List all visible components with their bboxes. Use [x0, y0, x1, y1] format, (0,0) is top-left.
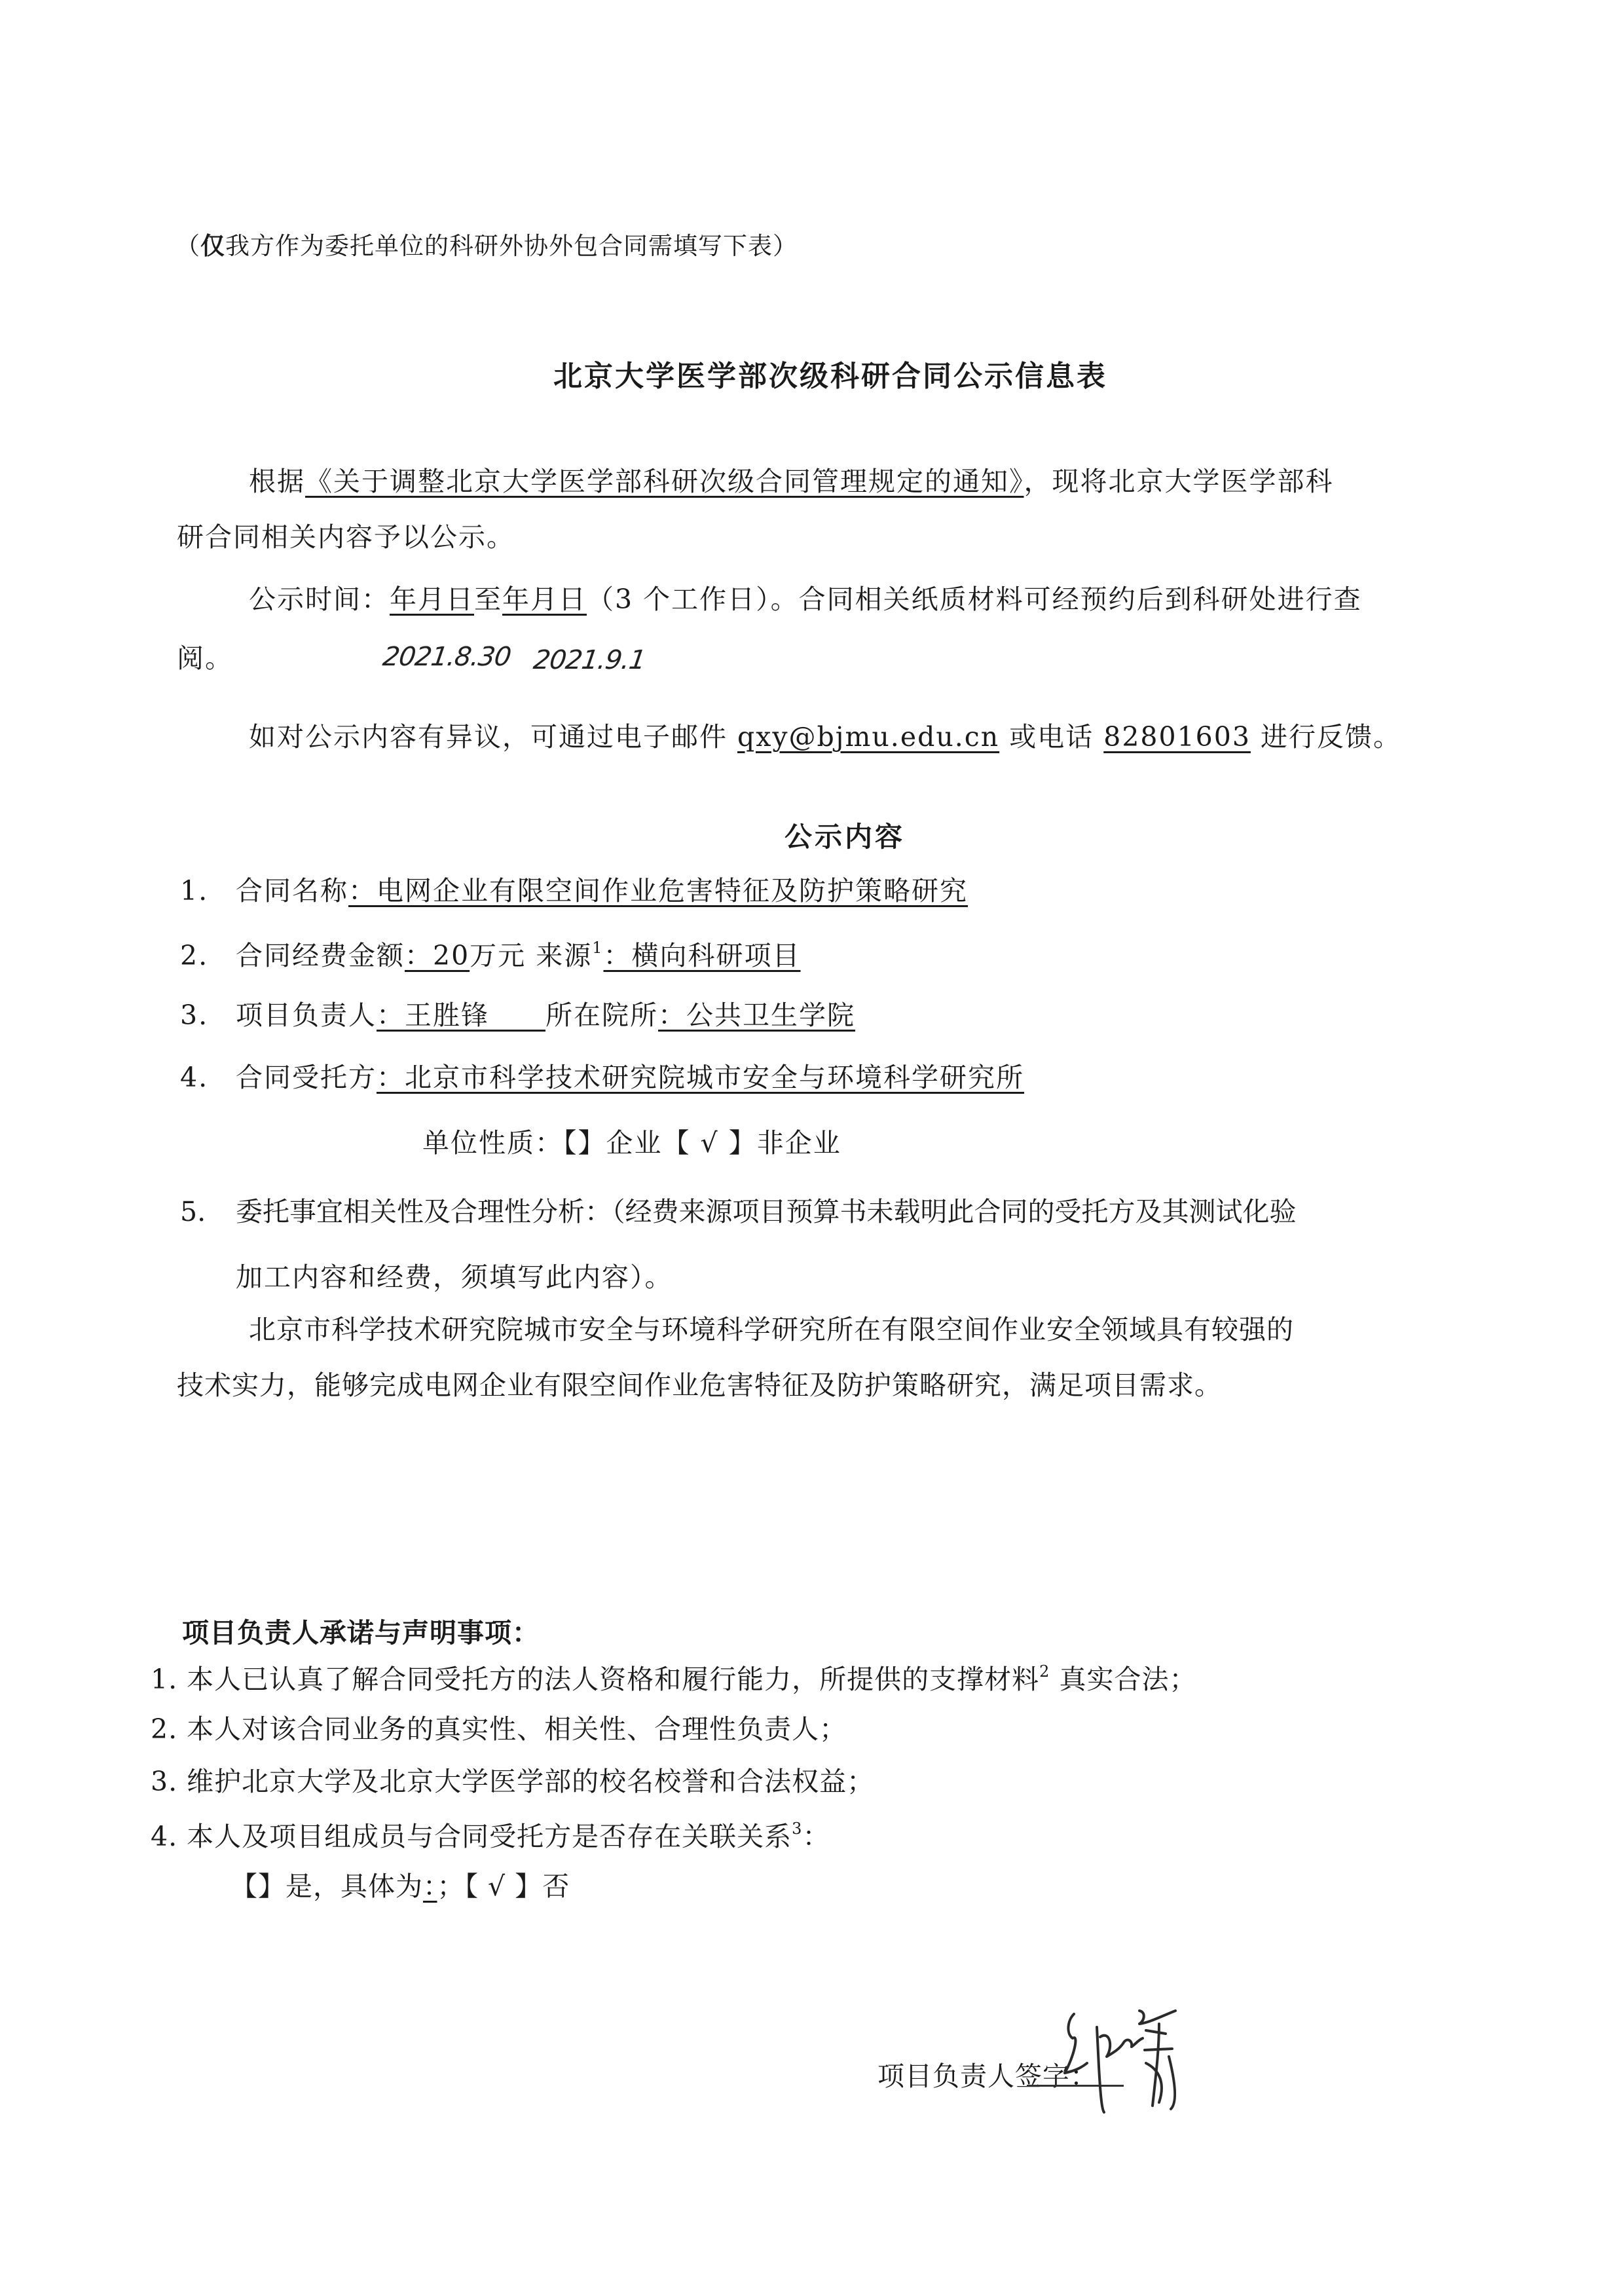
funding-source-value[interactable]: ：横向科研项目 — [604, 940, 801, 971]
item-number: 5. — [180, 1199, 236, 1225]
separator: ； — [437, 1871, 465, 1902]
related-yes-checkbox[interactable]: 【】 — [231, 1871, 286, 1902]
item-label: 合同受托方 — [236, 1062, 377, 1093]
feedback-text: 进行反馈。 — [1251, 721, 1401, 753]
feedback-contact: 如对公示内容有异议，可通过电子邮件 qxy@bjmu.edu.cn 或电话 82… — [249, 724, 1401, 751]
related-yes-label: 是，具体为 — [286, 1871, 423, 1902]
handwritten-start-date: 2021.8.30 — [381, 642, 513, 672]
footnote-marker: 3 — [792, 1819, 802, 1838]
commitment-item-1: 1. 本人已认真了解合同受托方的法人资格和履行能力，所提供的支撑材料2 真实合法… — [151, 1664, 1196, 1693]
commitment-text: 真实合法； — [1050, 1664, 1196, 1695]
unit-nature-label: 单位性质： — [422, 1127, 563, 1159]
commitment-text: 1. 本人已认真了解合同受托方的法人资格和履行能力，所提供的支撑材料 — [151, 1664, 1039, 1695]
footnote-marker: 1 — [592, 939, 603, 957]
item-contractor: 4.合同受托方：北京市科学技术研究院城市安全与环境科学研究所 — [180, 1064, 1024, 1091]
contractor-value[interactable]: ：北京市科学技术研究院城市安全与环境科学研究所 — [377, 1062, 1024, 1093]
item-label: 委托事宜相关性及合理性分析：（经费来源项目预算书未载明此合同的受托方及其测试化验 — [236, 1196, 1297, 1227]
form-scope-note: （仅我方作为委托单位的科研外协外包合同需填写下表） — [175, 226, 798, 261]
item-relevance-analysis-line-2: 加工内容和经费，须填写此内容）。 — [236, 1264, 673, 1291]
note-text: 我方作为委托单位的科研外协外包合同需填写下表） — [225, 232, 798, 260]
item-project-leader: 3.项目负责人：王胜锋 所在院所：公共卫生学院 — [180, 1002, 855, 1029]
end-date-field[interactable]: 年月日 — [502, 584, 587, 615]
contract-amount-value[interactable]: ：20 — [405, 940, 470, 971]
footnote-marker: 2 — [1039, 1662, 1050, 1681]
non-enterprise-label: 非企业 — [757, 1127, 841, 1159]
department-label: 所在院所 — [545, 999, 658, 1031]
signature-label: 项目负责人签字 — [877, 2061, 1070, 2092]
date-separator: 至 — [474, 584, 502, 615]
commitment-text: 4. 本人及项目组成员与合同受托方是否存在关联关系 — [151, 1821, 792, 1852]
item-number: 3. — [180, 1002, 236, 1029]
note-emphasis: 仅 — [200, 232, 225, 260]
commitment-item-2: 2. 本人对该合同业务的真实性、相关性、合理性负责人； — [151, 1716, 847, 1743]
intro-paragraph-1: 根据《关于调整北京大学医学部科研次级合同管理规定的通知》，现将北京大学医学部科 — [249, 468, 1334, 495]
enterprise-label: 企业 — [606, 1127, 663, 1159]
enterprise-checkbox[interactable]: 【】 — [563, 1127, 606, 1159]
content-heading: 公示内容 — [784, 815, 905, 855]
publicity-period-text: （3 个工作日）。合同相关纸质材料可经预约后到科研处进行查 — [587, 584, 1362, 615]
non-enterprise-checkbox-checked[interactable]: 【 √ 】 — [663, 1127, 757, 1159]
project-leader-value[interactable]: ：王胜锋 — [377, 999, 545, 1031]
related-no-label: 否 — [542, 1871, 570, 1902]
item-number: 4. — [180, 1064, 236, 1091]
intro-paragraph-1-line-2: 研合同相关内容予以公示。 — [177, 524, 515, 551]
publicity-period: 公示时间：年月日至年月日（3 个工作日）。合同相关纸质材料可经预约后到科研处进行… — [249, 586, 1362, 613]
signature-scribble-icon — [1061, 1998, 1205, 2116]
publicity-period-line-2: 阅。 — [177, 645, 233, 672]
item-number: 1. — [180, 878, 236, 905]
feedback-text: 或电话 — [999, 721, 1103, 753]
department-value[interactable]: ：公共卫生学院 — [658, 999, 855, 1031]
item-number: 2. — [180, 942, 236, 969]
item-label: 项目负责人 — [236, 999, 377, 1031]
contract-name-value[interactable]: ：电网企业有限空间作业危害特征及防护策略研究 — [348, 875, 968, 906]
related-no-checkbox-checked[interactable]: 【 √ 】 — [465, 1871, 543, 1902]
email-link[interactable]: qxy@bjmu.edu.cn — [737, 721, 999, 753]
unit-nature: 单位性质：【】企业【 √ 】非企业 — [422, 1130, 841, 1157]
item-relevance-analysis: 5.委托事宜相关性及合理性分析：（经费来源项目预算书未载明此合同的受托方及其测试… — [180, 1199, 1297, 1225]
intro-text: 根据 — [249, 466, 305, 497]
item-contract-name: 1.合同名称：电网企业有限空间作业危害特征及防护策略研究 — [180, 878, 968, 905]
related-detail-field[interactable]: ： — [423, 1871, 437, 1902]
start-date-field[interactable]: 年月日 — [390, 584, 474, 615]
commitment-item-3: 3. 维护北京大学及北京大学医学部的校名校誉和合法权益； — [151, 1768, 874, 1795]
phone-number[interactable]: 82801603 — [1103, 721, 1251, 753]
related-party-answer: 【】是，具体为：；【 √ 】否 — [231, 1873, 570, 1900]
handwritten-end-date: 2021.9.1 — [532, 645, 648, 675]
commitment-item-4: 4. 本人及项目组成员与合同受托方是否存在关联关系3： — [151, 1821, 830, 1850]
item-label: 合同名称 — [236, 875, 348, 906]
item-contract-amount: 2.合同经费金额：20万元 来源1：横向科研项目 — [180, 940, 801, 969]
publicity-period-label: 公示时间： — [249, 584, 390, 615]
commitment-text: ： — [802, 1821, 830, 1852]
funding-source-label: 来源 — [536, 940, 592, 971]
commitment-heading: 项目负责人承诺与声明事项： — [182, 1611, 540, 1650]
regulation-title: 《关于调整北京大学医学部科研次级合同管理规定的通知》 — [305, 466, 1024, 497]
analysis-text-line-1: 北京市科学技术研究院城市安全与环境科学研究所在有限空间作业安全领域具有较强的 — [249, 1316, 1294, 1343]
note-paren: （ — [175, 232, 200, 260]
feedback-text: 如对公示内容有异议，可通过电子邮件 — [249, 721, 737, 753]
handwritten-signature: 王胜锋 — [1061, 1998, 1205, 2116]
analysis-text-line-2: 技术实力，能够完成电网企业有限空间作业危害特征及防护策略研究，满足项目需求。 — [177, 1372, 1222, 1399]
intro-text: ，现将北京大学医学部科 — [1024, 466, 1334, 497]
page-title: 北京大学医学部次级科研合同公示信息表 — [553, 352, 1107, 394]
amount-unit: 万元 — [470, 940, 526, 971]
item-label: 合同经费金额 — [236, 940, 405, 971]
